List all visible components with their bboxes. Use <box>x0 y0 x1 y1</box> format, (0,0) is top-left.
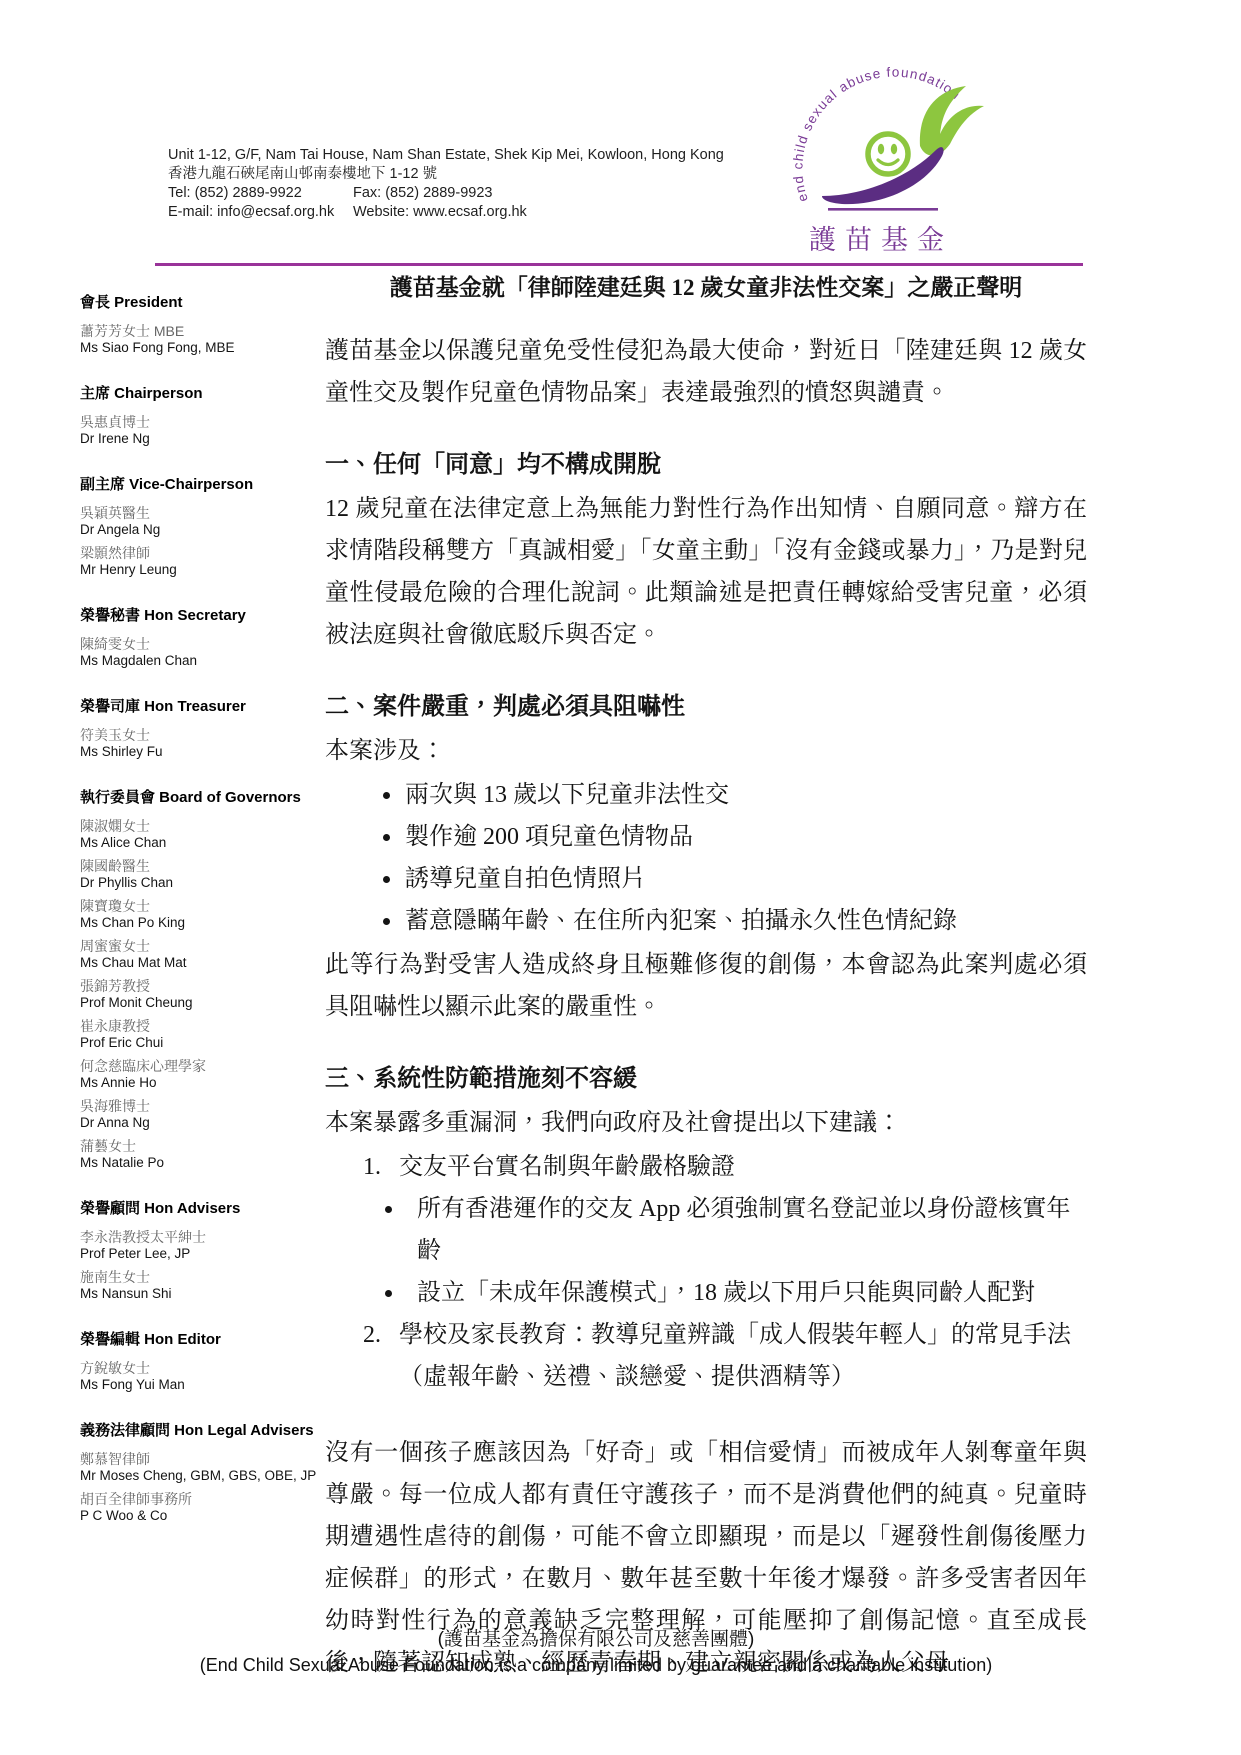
officer-name-en: Mr Henry Leung <box>80 562 320 577</box>
sidebar-section-hon-treasurer: 榮譽司庫 Hon Treasurer 符美玉女士 Ms Shirley Fu <box>80 698 320 759</box>
officer-name-en: Ms Alice Chan <box>80 835 320 850</box>
page-footer: (護苗基金為擔保有限公司及慈善團體) (End Child Sexual Abu… <box>0 1628 1192 1678</box>
logo-leaf-shape <box>920 86 984 156</box>
recommendations-list: 交友平台實名制與年齡嚴格驗證 所有香港運作的交友 App 必須強制實名登記並以身… <box>325 1146 1087 1398</box>
recommendation-subitem: 設立「未成年保護模式」，18 歲以下用戶只能與同齡人配對 <box>405 1272 1087 1314</box>
officer-name-en: P C Woo & Co <box>80 1508 320 1523</box>
officer: 方銳敏女士 Ms Fong Yui Man <box>80 1361 320 1392</box>
section-title: 榮譽秘書 Hon Secretary <box>80 607 320 625</box>
sidebar-section-president: 會長 President 蕭芳芳女士 MBE Ms Siao Fong Fong… <box>80 294 320 355</box>
officer: 何念慈臨床心理學家 Ms Annie Ho <box>80 1059 320 1090</box>
officer-name-zh: 李永浩教授太平紳士 <box>80 1230 320 1245</box>
case-fact-item: 誘導兒童自拍色情照片 <box>403 858 1087 900</box>
web-line: E-mail: info@ecsaf.org.hkWebsite: www.ec… <box>168 203 724 222</box>
document-page: Unit 1-12, G/F, Nam Tai House, Nam Shan … <box>0 0 1241 1755</box>
address-line-zh: 香港九龍石硤尾南山邨南泰樓地下 1-12 號 <box>168 165 724 184</box>
section-2-lead: 本案涉及： <box>325 730 1087 772</box>
officer-name-en: Dr Phyllis Chan <box>80 875 320 890</box>
section-title: 榮譽編輯 Hon Editor <box>80 1331 320 1349</box>
officer-name-zh: 陳國齡醫生 <box>80 859 320 874</box>
officer-name-en: Ms Shirley Fu <box>80 744 320 759</box>
case-fact-item: 製作逾 200 項兒童色情物品 <box>403 816 1087 858</box>
section-title: 副主席 Vice-Chairperson <box>80 476 320 494</box>
tel: Tel: (852) 2889-9922 <box>168 184 353 203</box>
officer-name-en: Mr Moses Cheng, GBM, GBS, OBE, JP <box>80 1468 320 1483</box>
section-1-heading: 一、任何「同意」均不構成開脫 <box>325 448 1087 482</box>
officer: 吳穎英醫生 Dr Angela Ng <box>80 506 320 537</box>
officer-name-zh: 鄭慕智律師 <box>80 1452 320 1467</box>
recommendation-item: 交友平台實名制與年齡嚴格驗證 所有香港運作的交友 App 必須強制實名登記並以身… <box>387 1146 1087 1314</box>
officer-name-en: Ms Annie Ho <box>80 1075 320 1090</box>
officer-name-zh: 吳穎英醫生 <box>80 506 320 521</box>
section-title: 主席 Chairperson <box>80 385 320 403</box>
officer-name-zh: 吳海雅博士 <box>80 1099 320 1114</box>
officer: 吳惠貞博士 Dr Irene Ng <box>80 415 320 446</box>
officer: 陳國齡醫生 Dr Phyllis Chan <box>80 859 320 890</box>
footer-line-en: (End Child Sexual Abuse Foundation is a … <box>0 1652 1192 1678</box>
logo-org-name: 護苗基金 <box>770 218 992 257</box>
foundation-logo: end child sexual abuse foundation 護苗基金 <box>770 50 998 255</box>
recommendation-subitem: 所有香港運作的交友 App 必須強制實名登記並以身份證核實年齡 <box>405 1188 1087 1272</box>
officer-name-en: Ms Nansun Shi <box>80 1286 320 1301</box>
officer-name-en: Ms Natalie Po <box>80 1155 320 1170</box>
officer-name-en: Ms Fong Yui Man <box>80 1377 320 1392</box>
officer-name-en: Dr Angela Ng <box>80 522 320 537</box>
officer: 吳海雅博士 Dr Anna Ng <box>80 1099 320 1130</box>
officer-name-en: Ms Siao Fong Fong, MBE <box>80 340 320 355</box>
recommendation-item: 學校及家長教育：教導兒童辨識「成人假裝年輕人」的常見手法（虛報年齡、送禮、談戀愛… <box>387 1314 1087 1398</box>
officer-name-zh: 蒲藝女士 <box>80 1139 320 1154</box>
case-fact-item: 兩次與 13 歲以下兒童非法性交 <box>403 774 1087 816</box>
officer-name-zh: 何念慈臨床心理學家 <box>80 1059 320 1074</box>
officer: 蕭芳芳女士 MBE Ms Siao Fong Fong, MBE <box>80 324 320 355</box>
officer: 張錦芳教授 Prof Monit Cheung <box>80 979 320 1010</box>
officer: 梁顥然律師 Mr Henry Leung <box>80 546 320 577</box>
officer: 符美玉女士 Ms Shirley Fu <box>80 728 320 759</box>
sidebar-section-board-of-governors: 執行委員會 Board of Governors 陳淑嫻女士 Ms Alice … <box>80 789 320 1170</box>
officer-name-en: Prof Peter Lee, JP <box>80 1246 320 1261</box>
email: E-mail: info@ecsaf.org.hk <box>168 203 353 222</box>
officer-name-en: Ms Chan Po King <box>80 915 320 930</box>
section-title: 執行委員會 Board of Governors <box>80 789 320 807</box>
officer: 周蜜蜜女士 Ms Chau Mat Mat <box>80 939 320 970</box>
section-title: 義務法律顧問 Hon Legal Advisers <box>80 1422 320 1440</box>
officer: 崔永康教授 Prof Eric Chui <box>80 1019 320 1050</box>
sidebar-section-hon-legal-advisers: 義務法律顧問 Hon Legal Advisers 鄭慕智律師 Mr Moses… <box>80 1422 320 1523</box>
section-2-conclusion: 此等行為對受害人造成終身且極難修復的創傷，本會認為此案判處必須具阻嚇性以顯示此案… <box>325 944 1087 1028</box>
phone-line: Tel: (852) 2889-9922Fax: (852) 2889-9923 <box>168 184 724 203</box>
statement-body: 護苗基金就「律師陸建廷與 12 歲女童非法性交案」之嚴正聲明 護苗基金以保護兒童… <box>325 272 1087 1710</box>
officer-name-zh: 陳淑嫻女士 <box>80 819 320 834</box>
officer-name-zh: 胡百全律師事務所 <box>80 1492 320 1507</box>
officer: 陳淑嫻女士 Ms Alice Chan <box>80 819 320 850</box>
officer-name-en: Dr Irene Ng <box>80 431 320 446</box>
section-3-lead: 本案暴露多重漏洞，我們向政府及社會提出以下建議： <box>325 1102 1087 1144</box>
statement-title: 護苗基金就「律師陸建廷與 12 歲女童非法性交案」之嚴正聲明 <box>325 272 1087 304</box>
address-line-en: Unit 1-12, G/F, Nam Tai House, Nam Shan … <box>168 146 724 165</box>
officer-name-zh: 吳惠貞博士 <box>80 415 320 430</box>
website: Website: www.ecsaf.org.hk <box>353 204 527 220</box>
officer-name-zh: 陳綺雯女士 <box>80 637 320 652</box>
officer-name-zh: 蕭芳芳女士 MBE <box>80 324 320 339</box>
foundation-logo-icon: end child sexual abuse foundation <box>770 50 998 218</box>
officer-name-zh: 崔永康教授 <box>80 1019 320 1034</box>
officer-name-zh: 周蜜蜜女士 <box>80 939 320 954</box>
officer: 陳寶瓊女士 Ms Chan Po King <box>80 899 320 930</box>
recommendation-sublist: 所有香港運作的交友 App 必須強制實名登記並以身份證核實年齡 設立「未成年保護… <box>399 1188 1087 1314</box>
officer: 胡百全律師事務所 P C Woo & Co <box>80 1492 320 1523</box>
sidebar-section-hon-editor: 榮譽編輯 Hon Editor 方銳敏女士 Ms Fong Yui Man <box>80 1331 320 1392</box>
officer-name-zh: 梁顥然律師 <box>80 546 320 561</box>
sidebar-section-hon-secretary: 榮譽秘書 Hon Secretary 陳綺雯女士 Ms Magdalen Cha… <box>80 607 320 668</box>
section-title: 榮譽司庫 Hon Treasurer <box>80 698 320 716</box>
recommendation-text: 交友平台實名制與年齡嚴格驗證 <box>399 1154 735 1180</box>
officer: 施南生女士 Ms Nansun Shi <box>80 1270 320 1301</box>
sidebar-section-vice-chairperson: 副主席 Vice-Chairperson 吳穎英醫生 Dr Angela Ng … <box>80 476 320 577</box>
logo-child-face <box>868 134 908 174</box>
header-divider <box>155 263 1083 266</box>
officer-name-zh: 方銳敏女士 <box>80 1361 320 1376</box>
officer-name-zh: 施南生女士 <box>80 1270 320 1285</box>
officer: 李永浩教授太平紳士 Prof Peter Lee, JP <box>80 1230 320 1261</box>
case-facts-list: 兩次與 13 歲以下兒童非法性交 製作逾 200 項兒童色情物品 誘導兒童自拍色… <box>325 774 1087 942</box>
section-3-heading: 三、系統性防範措施刻不容緩 <box>325 1062 1087 1096</box>
logo-eye-left <box>878 144 884 154</box>
section-1-body: 12 歲兒童在法律定意上為無能力對性行為作出知情、自願同意。辯方在求情階段稱雙方… <box>325 488 1087 656</box>
fax: Fax: (852) 2889-9923 <box>353 185 492 201</box>
officer-name-en: Prof Eric Chui <box>80 1035 320 1050</box>
section-2-heading: 二、案件嚴重，判處必須具阻嚇性 <box>325 690 1087 724</box>
officer: 蒲藝女士 Ms Natalie Po <box>80 1139 320 1170</box>
officer-name-zh: 陳寶瓊女士 <box>80 899 320 914</box>
intro-paragraph: 護苗基金以保護兒童免受性侵犯為最大使命，對近日「陸建廷與 12 歲女童性交及製作… <box>325 330 1087 414</box>
logo-eye-right <box>891 144 897 154</box>
logo-underline <box>828 208 938 211</box>
officer-name-en: Dr Anna Ng <box>80 1115 320 1130</box>
section-title: 會長 President <box>80 294 320 312</box>
officer: 陳綺雯女士 Ms Magdalen Chan <box>80 637 320 668</box>
officer-name-zh: 張錦芳教授 <box>80 979 320 994</box>
officer-name-en: Ms Magdalen Chan <box>80 653 320 668</box>
sidebar-section-hon-advisers: 榮譽顧問 Hon Advisers 李永浩教授太平紳士 Prof Peter L… <box>80 1200 320 1301</box>
officer: 鄭慕智律師 Mr Moses Cheng, GBM, GBS, OBE, JP <box>80 1452 320 1483</box>
officer-name-en: Ms Chau Mat Mat <box>80 955 320 970</box>
officers-sidebar: 會長 President 蕭芳芳女士 MBE Ms Siao Fong Fong… <box>80 294 320 1553</box>
section-title: 榮譽顧問 Hon Advisers <box>80 1200 320 1218</box>
officer-name-en: Prof Monit Cheung <box>80 995 320 1010</box>
sidebar-section-chairperson: 主席 Chairperson 吳惠貞博士 Dr Irene Ng <box>80 385 320 446</box>
case-fact-item: 蓄意隱瞞年齡、在住所內犯案、拍攝永久性色情紀錄 <box>403 900 1087 942</box>
letterhead-address: Unit 1-12, G/F, Nam Tai House, Nam Shan … <box>168 146 724 222</box>
officer-name-zh: 符美玉女士 <box>80 728 320 743</box>
footer-line-zh: (護苗基金為擔保有限公司及慈善團體) <box>0 1628 1192 1652</box>
